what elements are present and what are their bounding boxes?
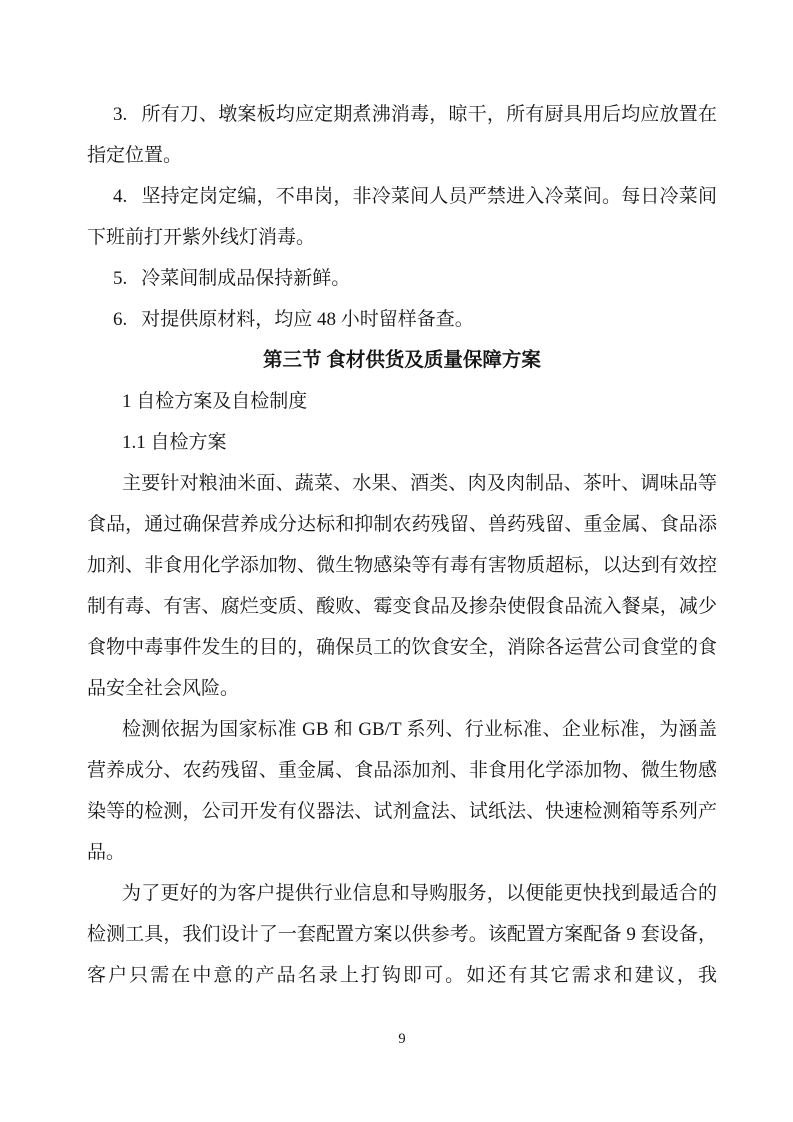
list-item: 5.冷菜间制成品保持新鲜。 — [87, 258, 717, 299]
list-item-number: 5. — [113, 268, 127, 289]
list-item: 4.坚持定岗定编，不串岗，非冷菜间人员严禁进入冷菜间。每日冷菜间下班前打开紫外线… — [87, 176, 717, 258]
list-item-text: 坚持定岗定编，不串岗，非冷菜间人员严禁进入冷菜间。每日冷菜间下班前打开紫外线灯消… — [87, 186, 717, 248]
page-number: 9 — [398, 1031, 405, 1047]
list-item-number: 3. — [113, 104, 127, 125]
page-content: 3.所有刀、墩案板均应定期煮沸消毒，晾干，所有厨具用后均应放置在指定位置。 4.… — [87, 94, 717, 996]
list-item: 3.所有刀、墩案板均应定期煮沸消毒，晾干，所有厨具用后均应放置在指定位置。 — [87, 94, 717, 176]
document-page: 3.所有刀、墩案板均应定期煮沸消毒，晾干，所有厨具用后均应放置在指定位置。 4.… — [0, 0, 793, 1122]
list-item-text: 对提供原材料，均应 48 小时留样备查。 — [141, 309, 474, 330]
list-item-text: 冷菜间制成品保持新鲜。 — [141, 268, 350, 289]
list-item-number: 4. — [113, 186, 127, 207]
list-item: 6.对提供原材料，均应 48 小时留样备查。 — [87, 299, 717, 340]
paragraph-self-check-scope: 主要针对粮油米面、蔬菜、水果、酒类、肉及肉制品、茶叶、调味品等食品，通过确保营养… — [87, 463, 717, 709]
subheading-self-check-plan: 1.1 自检方案 — [87, 422, 717, 463]
list-item-text: 所有刀、墩案板均应定期煮沸消毒，晾干，所有厨具用后均应放置在指定位置。 — [87, 104, 717, 166]
section-heading: 第三节 食材供货及质量保障方案 — [87, 340, 717, 381]
subheading-self-check-plan-and-system: 1 自检方案及自检制度 — [87, 381, 717, 422]
list-item-number: 6. — [113, 309, 127, 330]
page-footer: 9 — [87, 1028, 717, 1050]
paragraph-configuration-plan: 为了更好的为客户提供行业信息和导购服务，以便能更快找到最适合的检测工具，我们设计… — [87, 873, 717, 996]
paragraph-testing-standards: 检测依据为国家标准 GB 和 GB/T 系列、行业标准、企业标准，为涵盖营养成分… — [87, 709, 717, 873]
